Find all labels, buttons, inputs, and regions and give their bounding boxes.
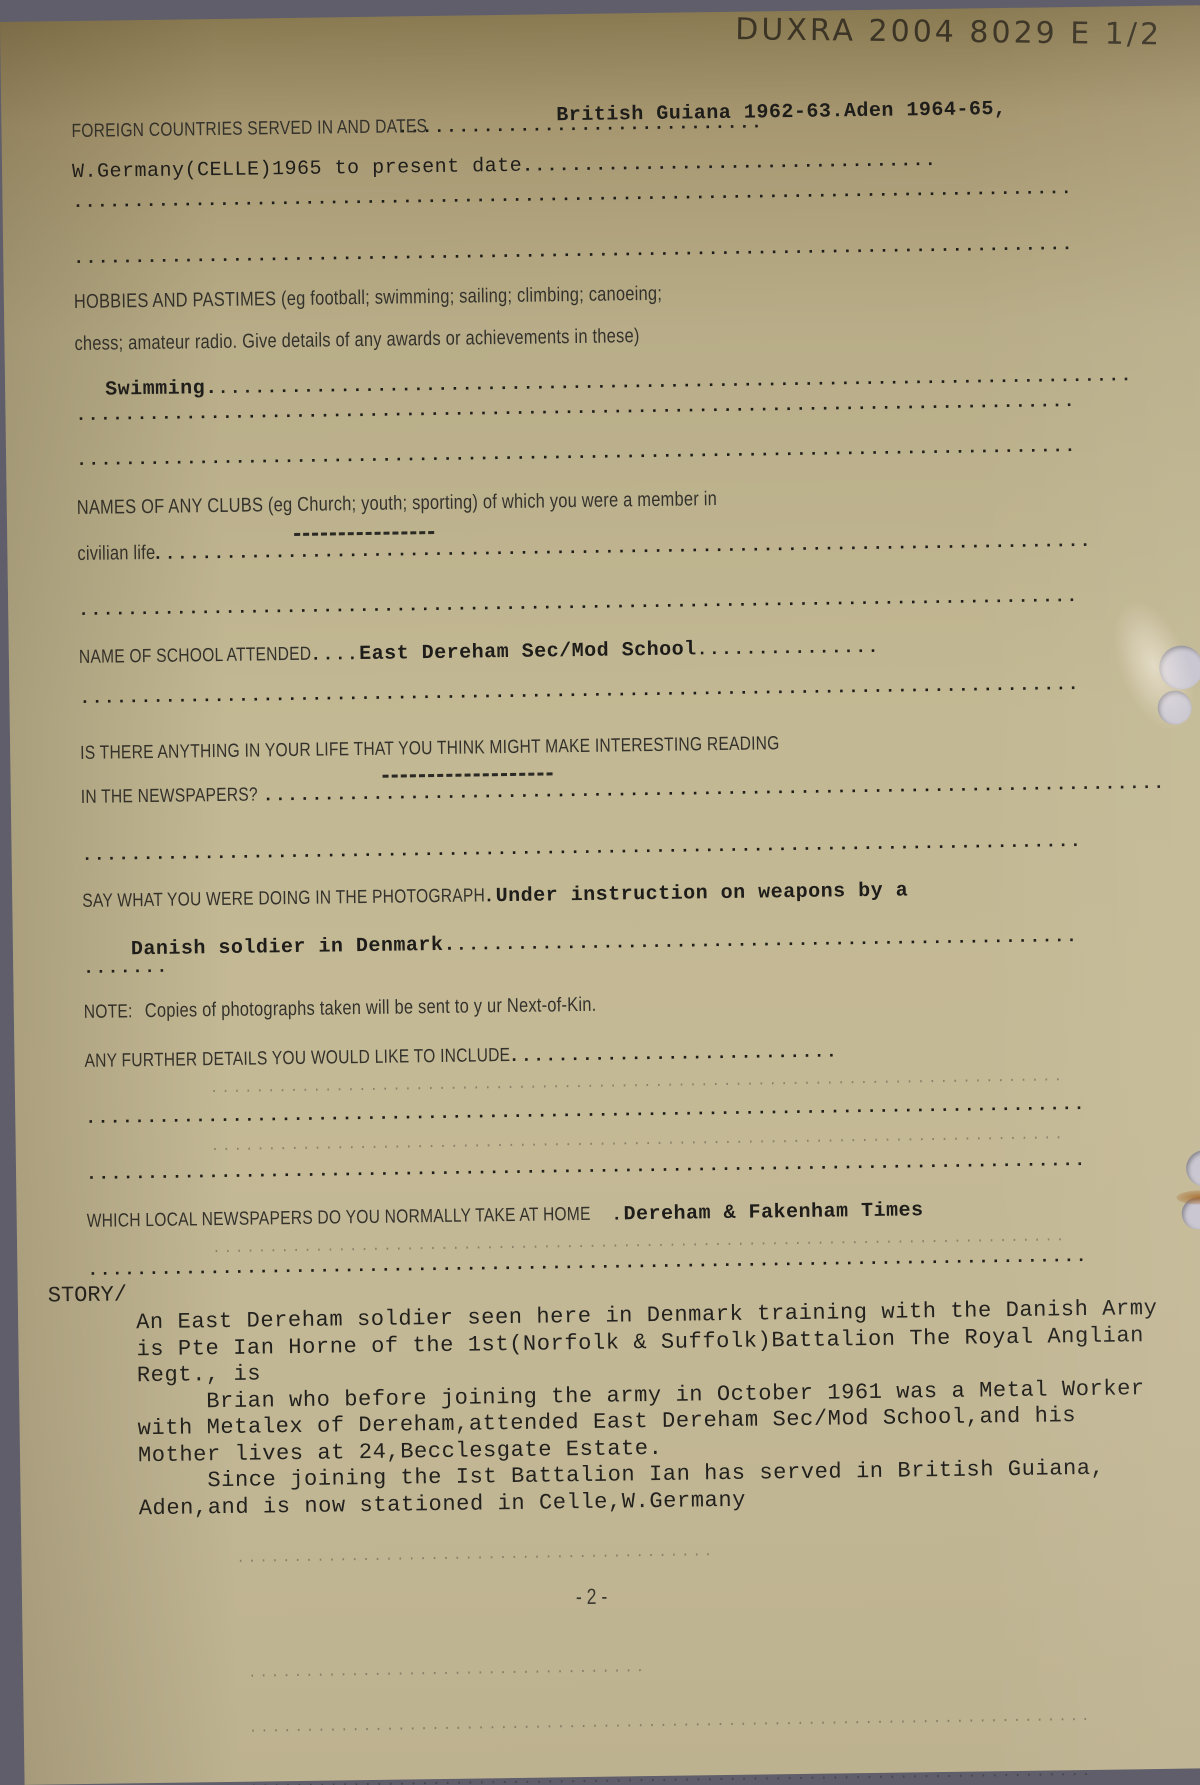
dotted-line: ........................................… <box>78 587 1079 621</box>
dotted-line: ........................................… <box>249 1762 1093 1785</box>
answer-foreign-countries-1: British Guiana 1962-63.Aden 1964-65, <box>556 98 1006 127</box>
story-body: An East Dereham soldier seen here in Den… <box>136 1296 1160 1522</box>
dotted-line: ........................................… <box>210 1067 1065 1097</box>
dotted-line: ........................................… <box>211 1125 1066 1155</box>
dotted-line: ....... <box>83 958 169 979</box>
dotted-line: ........................................… <box>86 1151 1087 1185</box>
field-school: NAME OF SCHOOL ATTENDED....East Dereham … <box>79 636 880 670</box>
archive-reference: DUXRA 2004 8029 E 1/2 <box>735 12 1162 52</box>
field-clubs-label-1: NAMES OF ANY CLUBS (eg Church; youth; sp… <box>77 486 858 520</box>
dotted-line: ........................................… <box>79 675 1080 709</box>
plastic-glare <box>1097 588 1200 744</box>
page-number: - 2 - <box>576 1584 608 1610</box>
field-hobbies-label-1: HOBBIES AND PASTIMES (eg football; swimm… <box>74 281 792 314</box>
field-newspapers: WHICH LOCAL NEWSPAPERS DO YOU NORMALLY T… <box>87 1199 924 1234</box>
field-interesting-label-2: IN THE NEWSPAPERS?......................… <box>81 772 1166 809</box>
story-heading: STORY/ <box>48 1282 128 1308</box>
dotted-line: ........................................… <box>236 1542 715 1567</box>
dotted-line: ........................................… <box>85 1095 1086 1129</box>
dotted-line: ........................................… <box>249 1707 1093 1737</box>
dotted-line: ........................................… <box>82 832 1083 866</box>
field-interesting-label-1: IS THERE ANYTHING IN YOUR LIFE THAT YOU … <box>80 731 933 765</box>
answer-photograph-2: Danish soldier in Denmark...............… <box>131 925 1079 961</box>
answer-foreign-countries-2: W.Germany(CELLE)1965 to present date....… <box>72 149 937 184</box>
underline-mark <box>383 772 553 777</box>
rust-stain <box>1176 1190 1200 1205</box>
underline-mark <box>294 531 434 536</box>
form-page: DUXRA 2004 8029 E 1/2 FOREIGN COUNTRIES … <box>0 5 1200 1785</box>
field-further-details: ANY FURTHER DETAILS YOU WOULD LIKE TO IN… <box>84 1040 838 1073</box>
field-photograph: SAY WHAT YOU WERE DOING IN THE PHOTOGRAP… <box>82 879 908 914</box>
dotted-line: ................................... <box>248 1658 647 1682</box>
dotted-line: ........................................… <box>76 437 1077 471</box>
field-label: FOREIGN COUNTRIES SERVED IN AND DATES <box>71 116 427 143</box>
dotted-line: ........................................… <box>72 179 1073 213</box>
dotted-line: ........................................… <box>73 235 1074 269</box>
field-hobbies-label-2: chess; amateur radio. Give details of an… <box>74 323 763 356</box>
note: NOTE: Copies of photographs taken will b… <box>84 992 696 1024</box>
punch-hole-icon <box>1186 1150 1200 1186</box>
field-clubs-label-2: civilian life...........................… <box>77 529 1092 566</box>
